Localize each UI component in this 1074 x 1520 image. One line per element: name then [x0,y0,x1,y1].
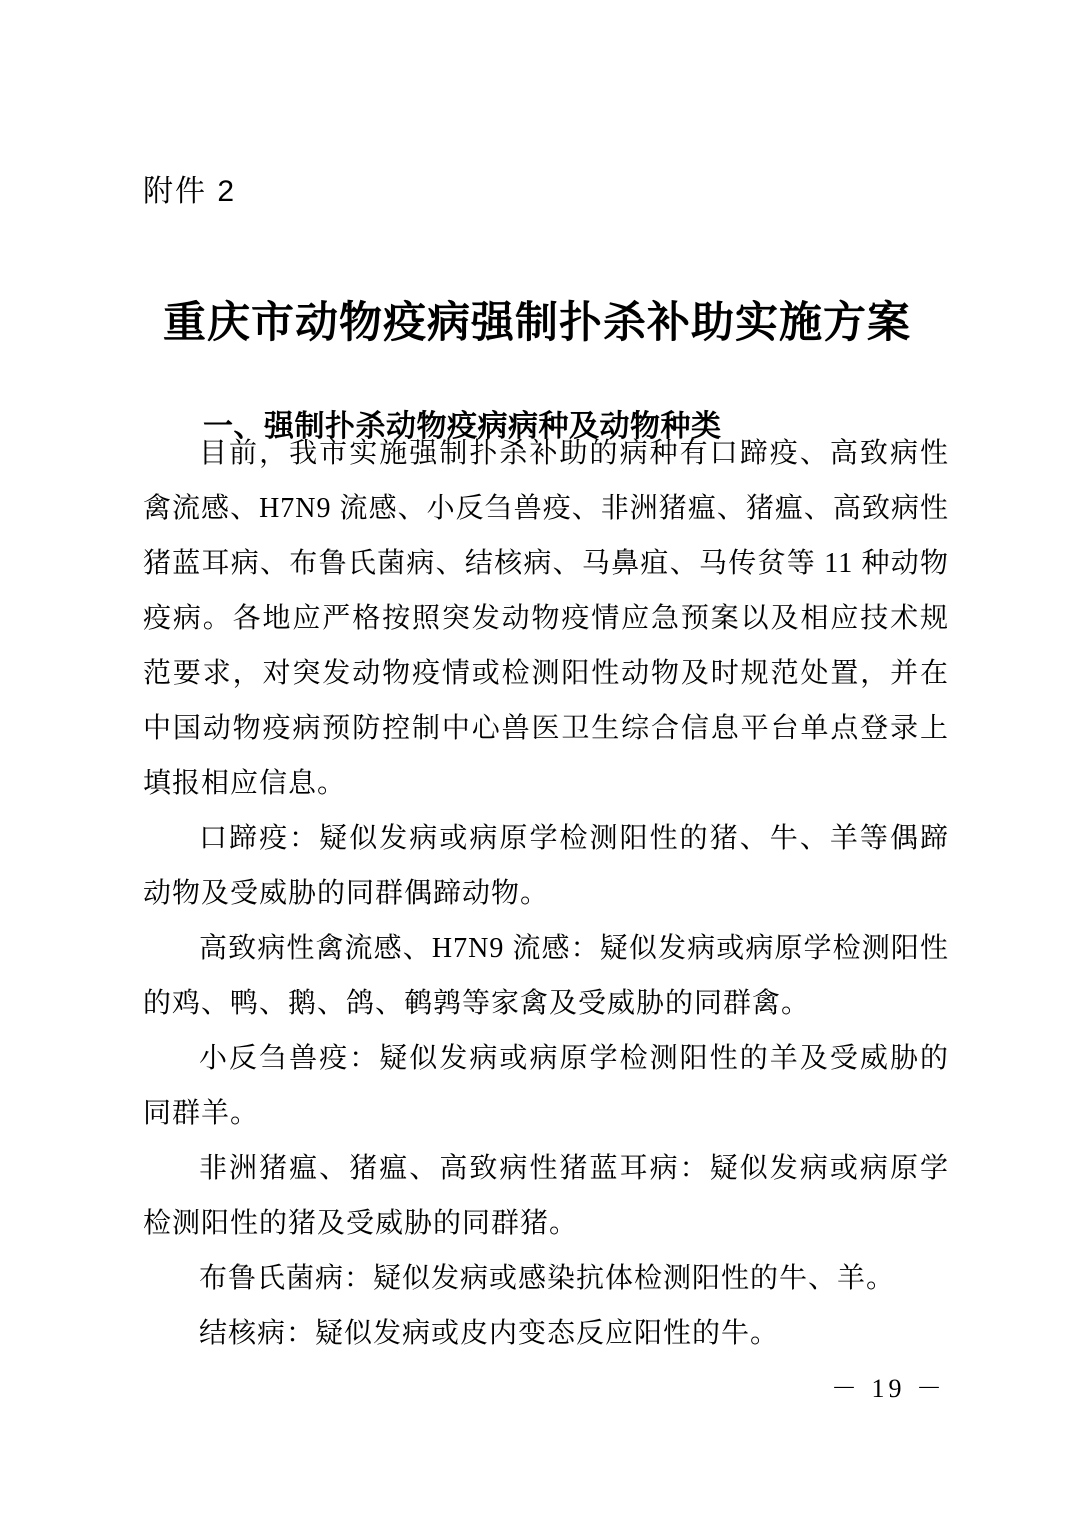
document-title: 重庆市动物疫病强制扑杀补助实施方案 [0,295,1074,353]
paragraph-avian-influenza: 高致病性禽流感、H7N9 流感：疑似发病或病原学检测阳性的鸡、鸭、鹅、鸽、鹌鹑等… [143,921,949,1031]
attachment-label: 附件 2 [143,172,236,212]
paragraph-tuberculosis: 结核病：疑似发病或皮内变态反应阳性的牛。 [143,1306,949,1361]
paragraph-ppr: 小反刍兽疫：疑似发病或病原学检测阳性的羊及受威胁的同群羊。 [143,1031,949,1141]
page-number: － 19 － [831,1372,946,1406]
document-page: 附件 2 重庆市动物疫病强制扑杀补助实施方案 一、强制扑杀动物疫病病种及动物种类… [0,0,1074,1520]
document-body: 目前，我市实施强制扑杀补助的病种有口蹄疫、高致病性禽流感、H7N9 流感、小反刍… [143,426,949,1361]
paragraph-overview: 目前，我市实施强制扑杀补助的病种有口蹄疫、高致病性禽流感、H7N9 流感、小反刍… [143,426,949,811]
paragraph-brucellosis: 布鲁氏菌病：疑似发病或感染抗体检测阳性的牛、羊。 [143,1251,949,1306]
paragraph-foot-and-mouth: 口蹄疫：疑似发病或病原学检测阳性的猪、牛、羊等偶蹄动物及受威胁的同群偶蹄动物。 [143,811,949,921]
paragraph-swine-fever: 非洲猪瘟、猪瘟、高致病性猪蓝耳病：疑似发病或病原学检测阳性的猪及受威胁的同群猪。 [143,1141,949,1251]
